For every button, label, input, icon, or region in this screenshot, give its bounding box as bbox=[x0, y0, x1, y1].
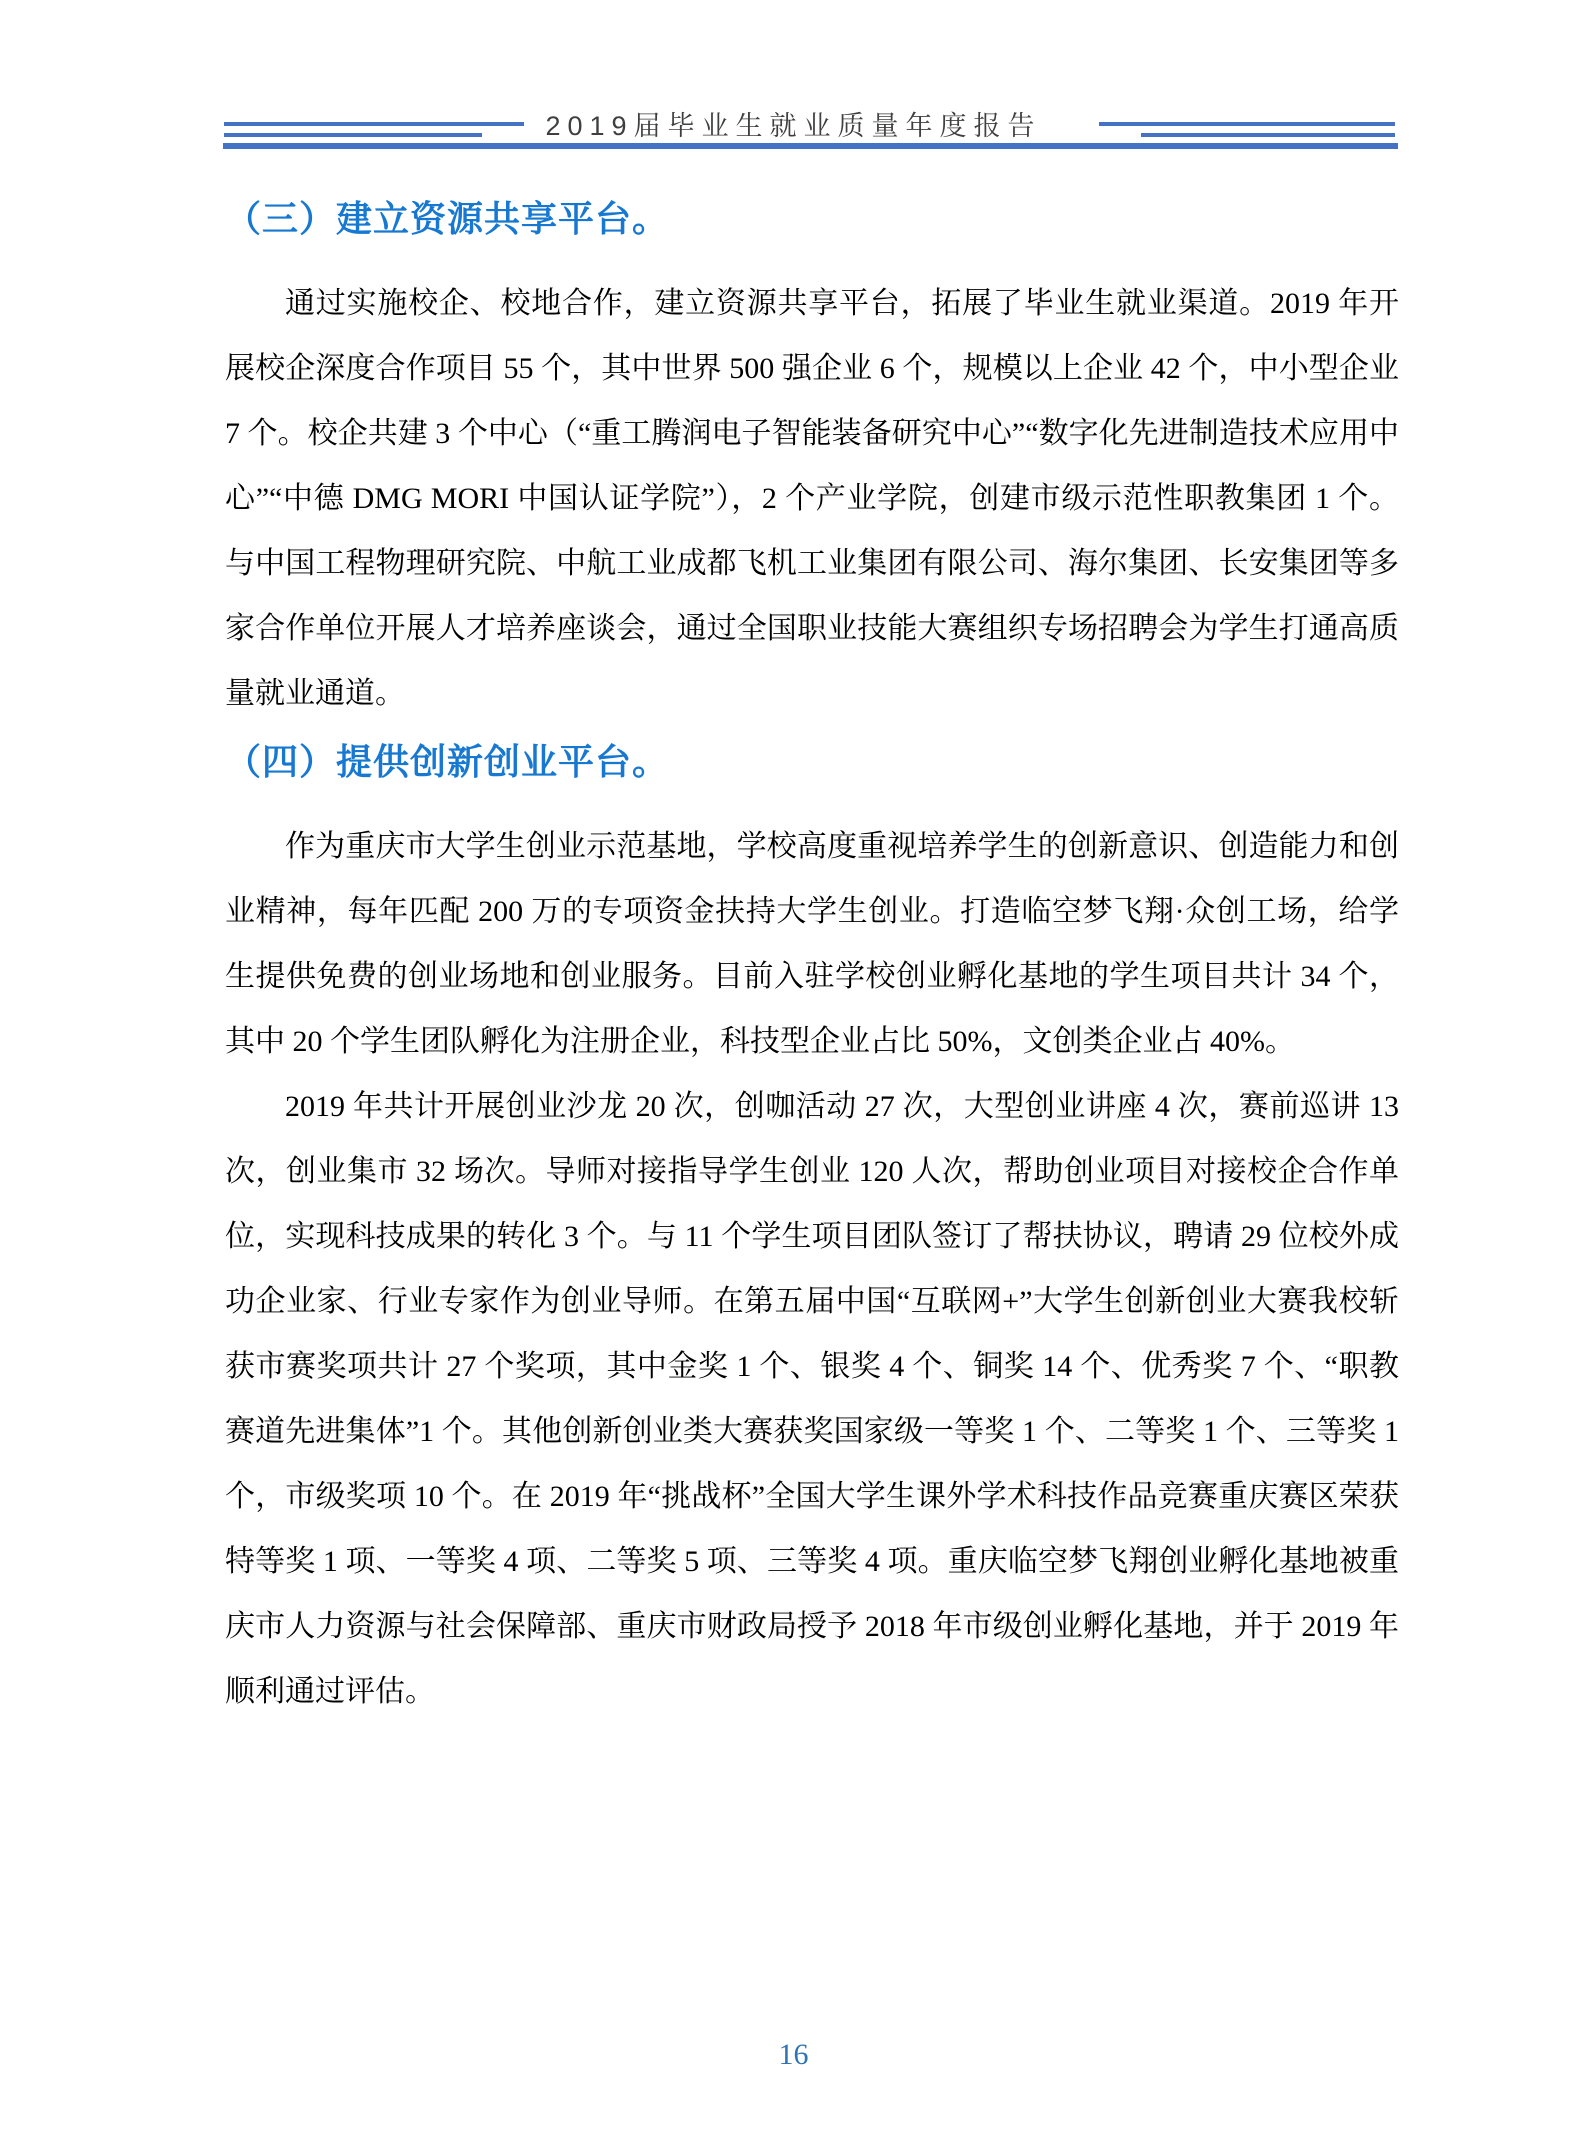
section-4-paragraph-2: 2019 年共计开展创业沙龙 20 次，创咖活动 27 次，大型创业讲座 4 次… bbox=[225, 1074, 1399, 1724]
header-rule-right-bottom bbox=[1141, 133, 1395, 137]
page-header: 2019届毕业生就业质量年度报告 bbox=[0, 0, 1587, 160]
section-heading-4: （四）提供创新创业平台。 bbox=[225, 740, 1399, 784]
page-number: 16 bbox=[779, 2038, 809, 2071]
section-heading-3: （三）建立资源共享平台。 bbox=[225, 197, 1399, 241]
section-3-paragraph-1: 通过实施校企、校地合作，建立资源共享平台，拓展了毕业生就业渠道。2019 年开展… bbox=[225, 271, 1399, 726]
header-rule-right-top bbox=[1099, 122, 1395, 126]
document-body: （三）建立资源共享平台。 通过实施校企、校地合作，建立资源共享平台，拓展了毕业生… bbox=[225, 197, 1399, 1724]
section-spacer bbox=[225, 726, 1399, 740]
page-footer: 16 bbox=[0, 2038, 1587, 2072]
section-4-paragraph-1: 作为重庆市大学生创业示范基地，学校高度重视培养学生的创新意识、创造能力和创业精神… bbox=[225, 814, 1399, 1074]
header-rule-divider bbox=[223, 143, 1398, 149]
